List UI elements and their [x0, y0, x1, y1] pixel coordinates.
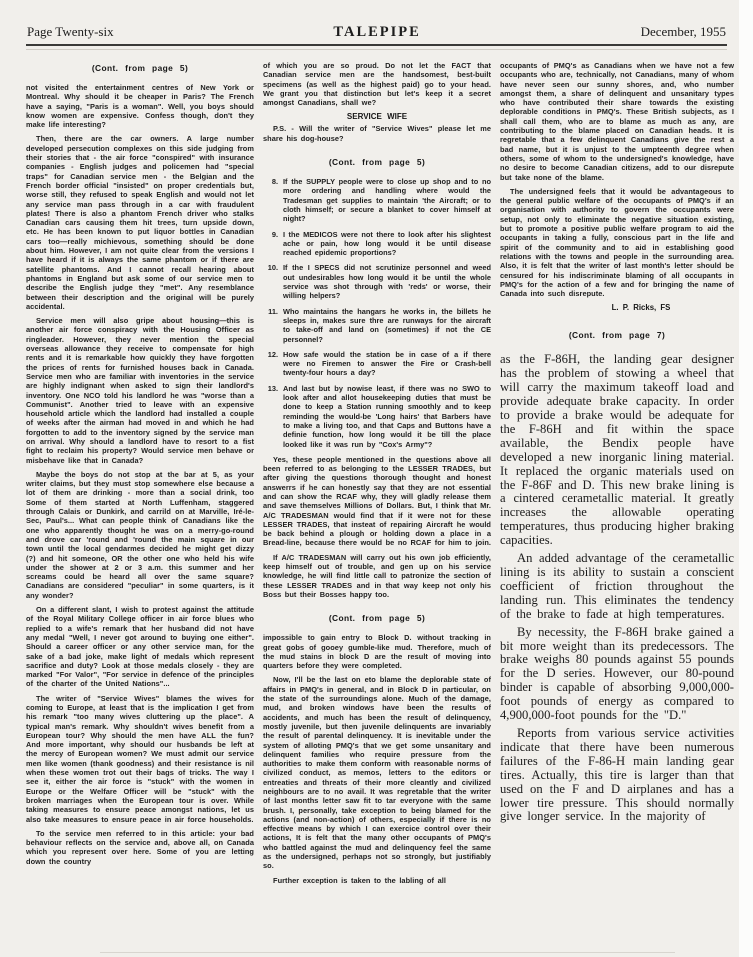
question-number: 11.	[263, 307, 278, 344]
question-number: 9.	[263, 230, 278, 258]
question-item: 11. Who maintains the hangars he works i…	[263, 307, 491, 344]
continuation-heading: (Cont. from page 5)	[26, 63, 254, 73]
continuation-heading: (Cont. from page 5)	[263, 157, 491, 167]
page-number: Page Twenty-six	[27, 24, 114, 40]
magazine-page: Page Twenty-six TALEPIPE December, 1955 …	[0, 0, 753, 957]
paragraph: as the F-86H, the landing gear designer …	[500, 353, 734, 548]
paragraph: If A/C TRADESMAN will carry out his own …	[263, 553, 491, 599]
paragraph: occupants of PMQ's as Canadians when we …	[500, 61, 734, 182]
question-number: 13.	[263, 384, 278, 449]
paragraph: To the service men referred to in this a…	[26, 829, 254, 866]
paragraph: Further exception is taken to the lablin…	[263, 876, 491, 885]
scan-edge-artifact	[100, 952, 675, 953]
question-text: Who maintains the hangars he works in, t…	[278, 307, 491, 344]
issue-date: December, 1955	[641, 24, 726, 40]
question-text: I the MEDICOS were not there to look aft…	[278, 230, 491, 258]
paragraph: Service men will also gripe about housin…	[26, 316, 254, 465]
question-item: 8. If the SUPPLY people were to close up…	[263, 177, 491, 223]
paragraph: Maybe the boys do not stop at the bar at…	[26, 470, 254, 600]
question-item: 12. How safe would the station be in cas…	[263, 350, 491, 378]
paragraph: An added advantage of the cerametallic l…	[500, 552, 734, 622]
paragraph: The writer of "Service Wives" blames the…	[26, 694, 254, 824]
paragraph: not visited the entertainment centres of…	[26, 83, 254, 129]
paragraph: of which you are so proud. Do not let th…	[263, 61, 491, 107]
question-item: 10. If the I SPECS did not scrutinize pe…	[263, 263, 491, 300]
byline-service-wife: SERVICE WIFE	[263, 112, 491, 121]
letter-signature: L. P. Ricks, FS	[500, 303, 734, 312]
continuation-heading: (Cont. from page 5)	[263, 613, 491, 623]
question-number: 12.	[263, 350, 278, 378]
column-1: (Cont. from page 5) not visited the ente…	[26, 61, 254, 890]
page-header: Page Twenty-six TALEPIPE December, 1955	[0, 0, 753, 44]
column-2: of which you are so proud. Do not let th…	[263, 61, 491, 890]
paragraph: Yes, these people mentioned in the quest…	[263, 455, 491, 548]
question-item: 13. And last but by nowise least, if the…	[263, 384, 491, 449]
question-number: 8.	[263, 177, 278, 223]
columns-container: (Cont. from page 5) not visited the ente…	[0, 50, 753, 890]
postscript: P.S. - Will the writer of "Service Wives…	[263, 124, 491, 143]
paragraph: impossible to gain entry to Block D. wit…	[263, 633, 491, 670]
scan-edge-right	[739, 0, 753, 957]
paragraph: Reports from various service activities …	[500, 727, 734, 824]
question-text: If the SUPPLY people were to close up sh…	[278, 177, 491, 223]
paragraph: Then, there are the car owners. A large …	[26, 134, 254, 311]
question-text: If the I SPECS did not scrutinize person…	[278, 263, 491, 300]
publication-title: TALEPIPE	[333, 24, 420, 41]
question-text: And last but by nowise least, if there w…	[278, 384, 491, 449]
column-3: occupants of PMQ's as Canadians when we …	[500, 61, 734, 890]
question-item: 9. I the MEDICOS were not there to look …	[263, 230, 491, 258]
continuation-heading: (Cont. from page 7)	[500, 330, 734, 340]
paragraph: The undersigned feels that it would be a…	[500, 187, 734, 299]
paragraph: On a different slant, I wish to protest …	[26, 605, 254, 689]
question-text: How safe would the station be in case of…	[278, 350, 491, 378]
paragraph: By necessity, the F-86H brake gained a b…	[500, 626, 734, 723]
paragraph: Now, I'll be the last on eto blame the d…	[263, 675, 491, 870]
question-number: 10.	[263, 263, 278, 300]
